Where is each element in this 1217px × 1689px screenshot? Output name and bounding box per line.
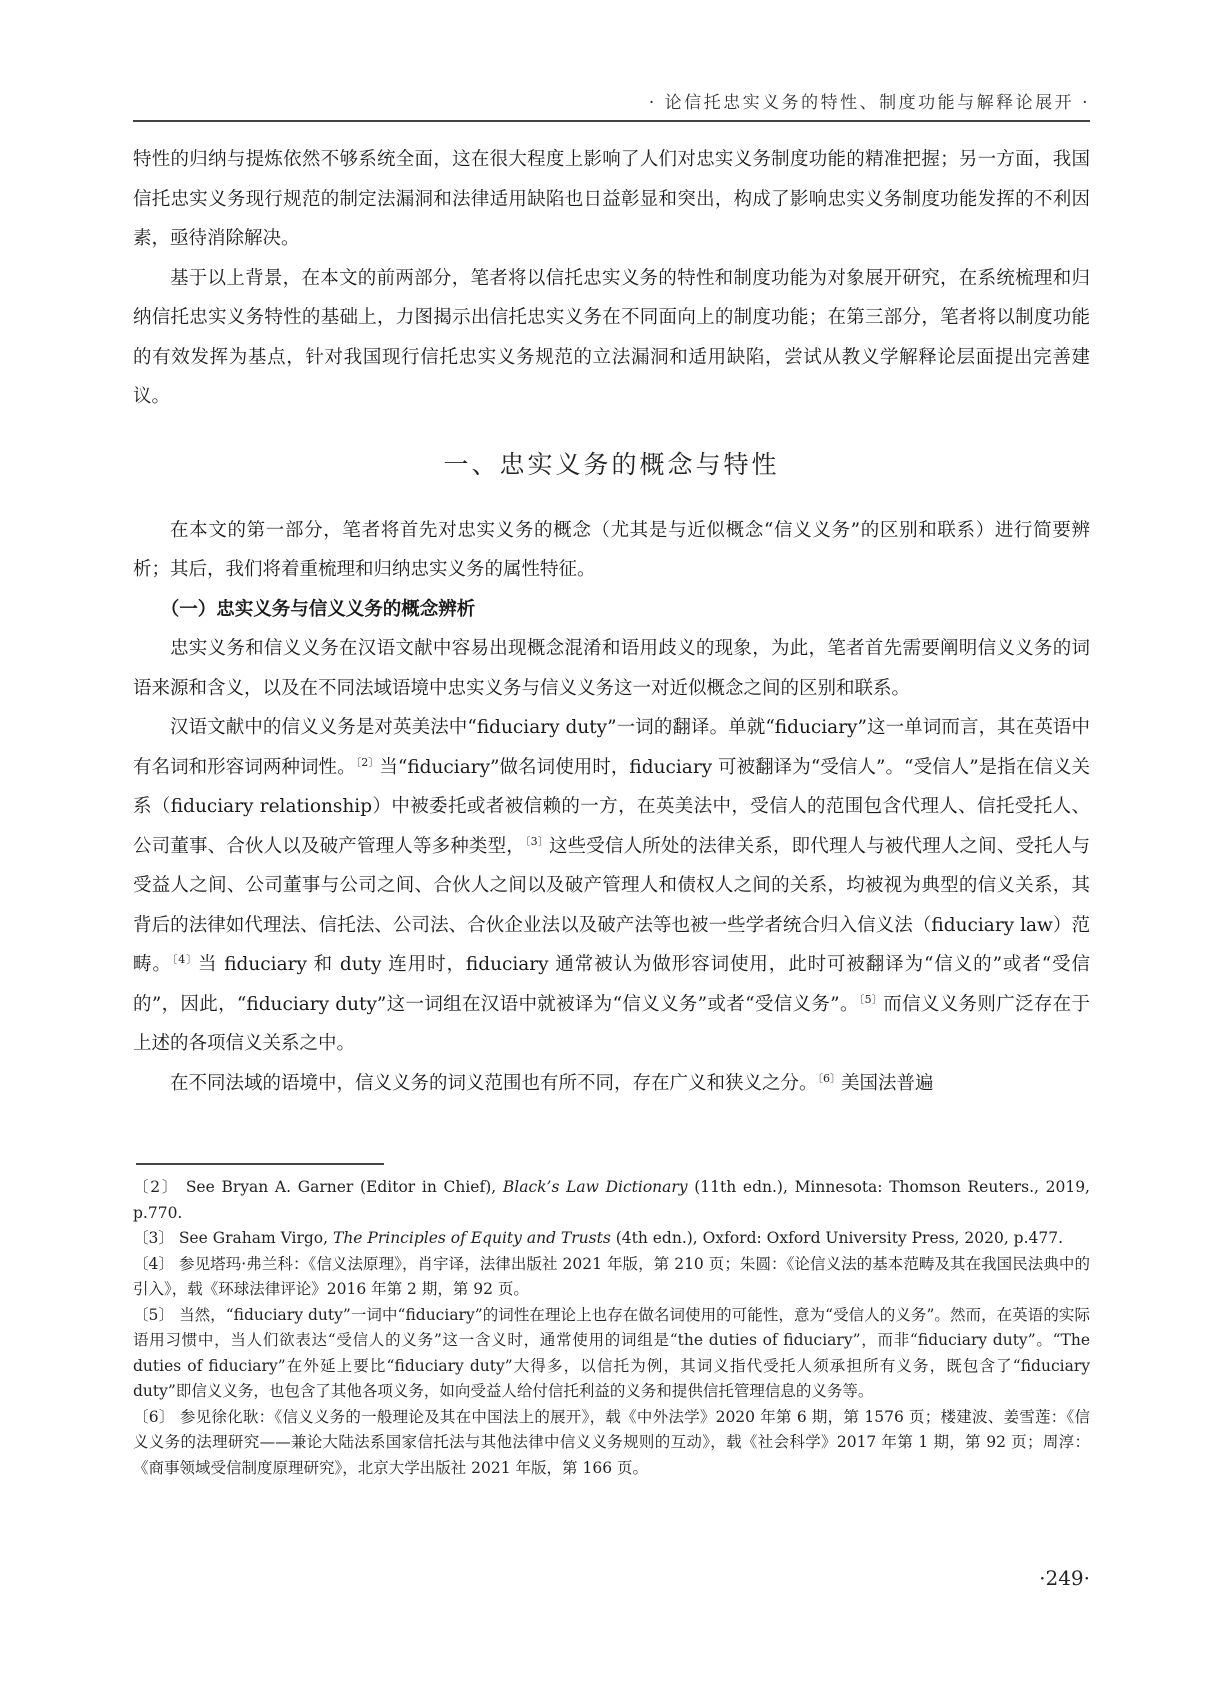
- paragraph-concept: 忠实义务和信义义务在汉语文献中容易出现概念混淆和语用歧义的现象，为此，笔者首先需…: [133, 629, 1090, 708]
- footnote-number: 〔2〕: [133, 1178, 179, 1196]
- footnote-text: See Graham Virgo,: [179, 1229, 333, 1247]
- footnote-text: See Bryan A. Garner (Editor in Chief),: [186, 1178, 503, 1196]
- footnote-text: 当然，“fiduciary duty”一词中“fiduciary”的词性在理论上…: [133, 1306, 1090, 1401]
- page-number: ·249·: [1020, 1566, 1090, 1590]
- text-run: 在不同法域的语境中，信义义务的词义范围也有所不同，存在广义和狭义之分。: [170, 1073, 818, 1094]
- footnote-text: 参见徐化耿：《信义义务的一般理论及其在中国法上的展开》，载《中外法学》2020 …: [133, 1408, 1090, 1477]
- paragraph-continued: 特性的归纳与提炼依然不够系统全面，这在很大程度上影响了人们对忠实义务制度功能的精…: [133, 140, 1090, 259]
- footnotes: 〔2〕 See Bryan A. Garner (Editor in Chief…: [133, 1175, 1090, 1481]
- footnote-number: 〔3〕: [133, 1229, 174, 1247]
- journal-page: · 论信托忠实义务的特性、制度功能与解释论展开 · 特性的归纳与提炼依然不够系统…: [0, 0, 1217, 1689]
- footnote-4: 〔4〕 参见塔玛·弗兰科：《信义法原理》，肖宇译，法律出版社 2021 年版，第…: [133, 1252, 1090, 1303]
- footnote-5: 〔5〕 当然，“fiduciary duty”一词中“fiduciary”的词性…: [133, 1303, 1090, 1405]
- book-title: Black’s Law Dictionary: [503, 1178, 688, 1196]
- footnote-6: 〔6〕 参见徐化耿：《信义义务的一般理论及其在中国法上的展开》，载《中外法学》2…: [133, 1405, 1090, 1482]
- footnote-2: 〔2〕 See Bryan A. Garner (Editor in Chief…: [133, 1175, 1090, 1226]
- footnote-3: 〔3〕 See Graham Virgo, The Principles of …: [133, 1226, 1090, 1252]
- footnote-text: (4th edn.), Oxford: Oxford University Pr…: [611, 1229, 1063, 1247]
- paragraph-jurisdictions: 在不同法域的语境中，信义义务的词义范围也有所不同，存在广义和狭义之分。〔6〕美国…: [133, 1064, 1090, 1104]
- footnote-ref-5[interactable]: 〔5〕: [859, 992, 883, 1005]
- footnote-number: 〔6〕: [133, 1408, 175, 1426]
- footnote-ref-6[interactable]: 〔6〕: [818, 1071, 842, 1084]
- text-run: 美国法普遍: [841, 1073, 934, 1094]
- subsection-heading: （一）忠实义务与信义义务的概念辨析: [133, 590, 1090, 630]
- footnote-ref-3[interactable]: 〔3〕: [525, 834, 549, 847]
- footnote-ref-4[interactable]: 〔4〕: [172, 953, 198, 966]
- paragraph-fiduciary-duty: 汉语文献中的信义义务是对英美法中“fiduciary duty”一词的翻译。单就…: [133, 708, 1090, 1064]
- running-header: · 论信托忠实义务的特性、制度功能与解释论展开 ·: [133, 88, 1090, 113]
- footnote-number: 〔4〕: [133, 1255, 174, 1273]
- paragraph-section-intro: 在本文的第一部分，笔者将首先对忠实义务的概念（尤其是与近似概念“信义义务”的区别…: [133, 511, 1090, 590]
- section-heading: 一、忠实义务的概念与特性: [133, 417, 1090, 511]
- footnote-separator: [136, 1163, 384, 1165]
- footnote-ref-2[interactable]: 〔2〕: [356, 755, 380, 768]
- book-title: The Principles of Equity and Trusts: [333, 1229, 611, 1247]
- paragraph-background: 基于以上背景，在本文的前两部分，笔者将以信托忠实义务的特性和制度功能为对象展开研…: [133, 259, 1090, 417]
- footnote-number: 〔5〕: [133, 1306, 174, 1324]
- header-rule: [133, 120, 1090, 122]
- footnote-text: 参见塔玛·弗兰科：《信义法原理》，肖宇译，法律出版社 2021 年版，第 210…: [133, 1255, 1090, 1299]
- body-text: 特性的归纳与提炼依然不够系统全面，这在很大程度上影响了人们对忠实义务制度功能的精…: [133, 140, 1090, 1103]
